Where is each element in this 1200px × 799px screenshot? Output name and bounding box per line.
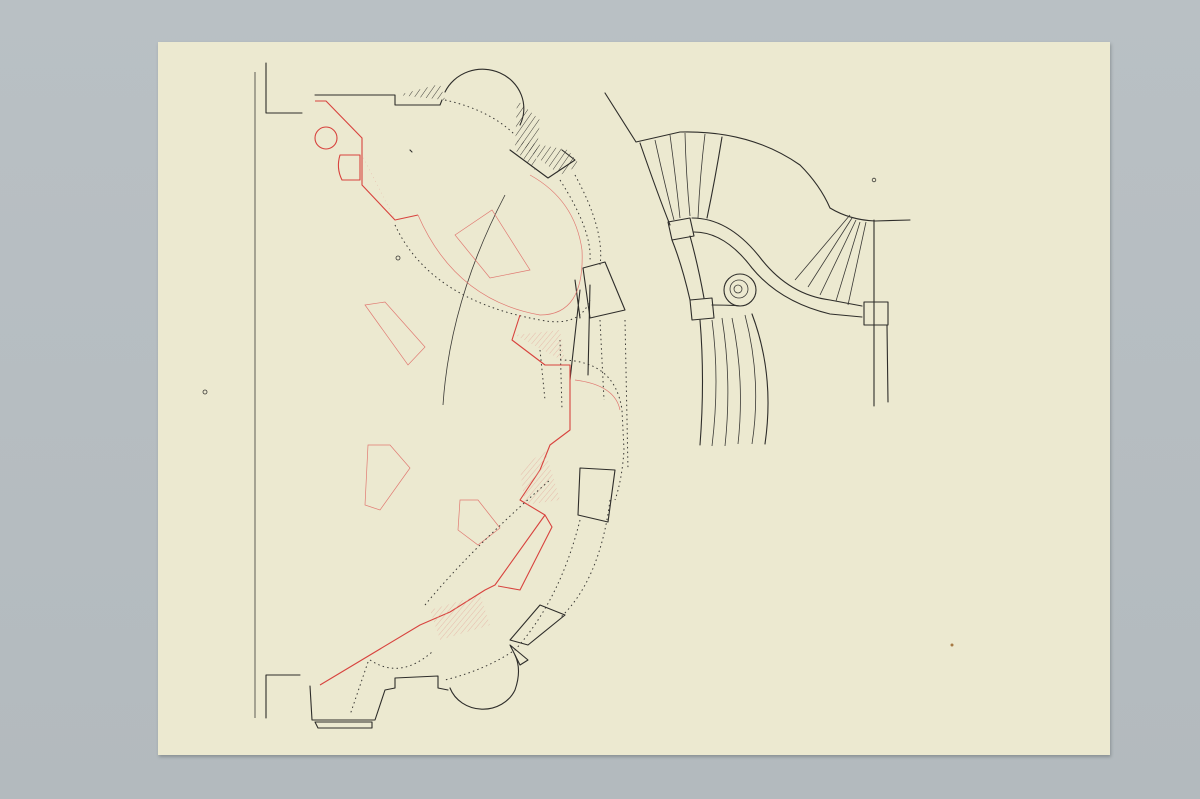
paper-speck <box>951 644 954 647</box>
left-plan <box>203 63 628 728</box>
right-detail <box>605 93 910 446</box>
corner-bracket-bottom <box>266 675 300 718</box>
corner-bracket-top <box>266 63 302 113</box>
drawing-canvas <box>0 0 1200 799</box>
